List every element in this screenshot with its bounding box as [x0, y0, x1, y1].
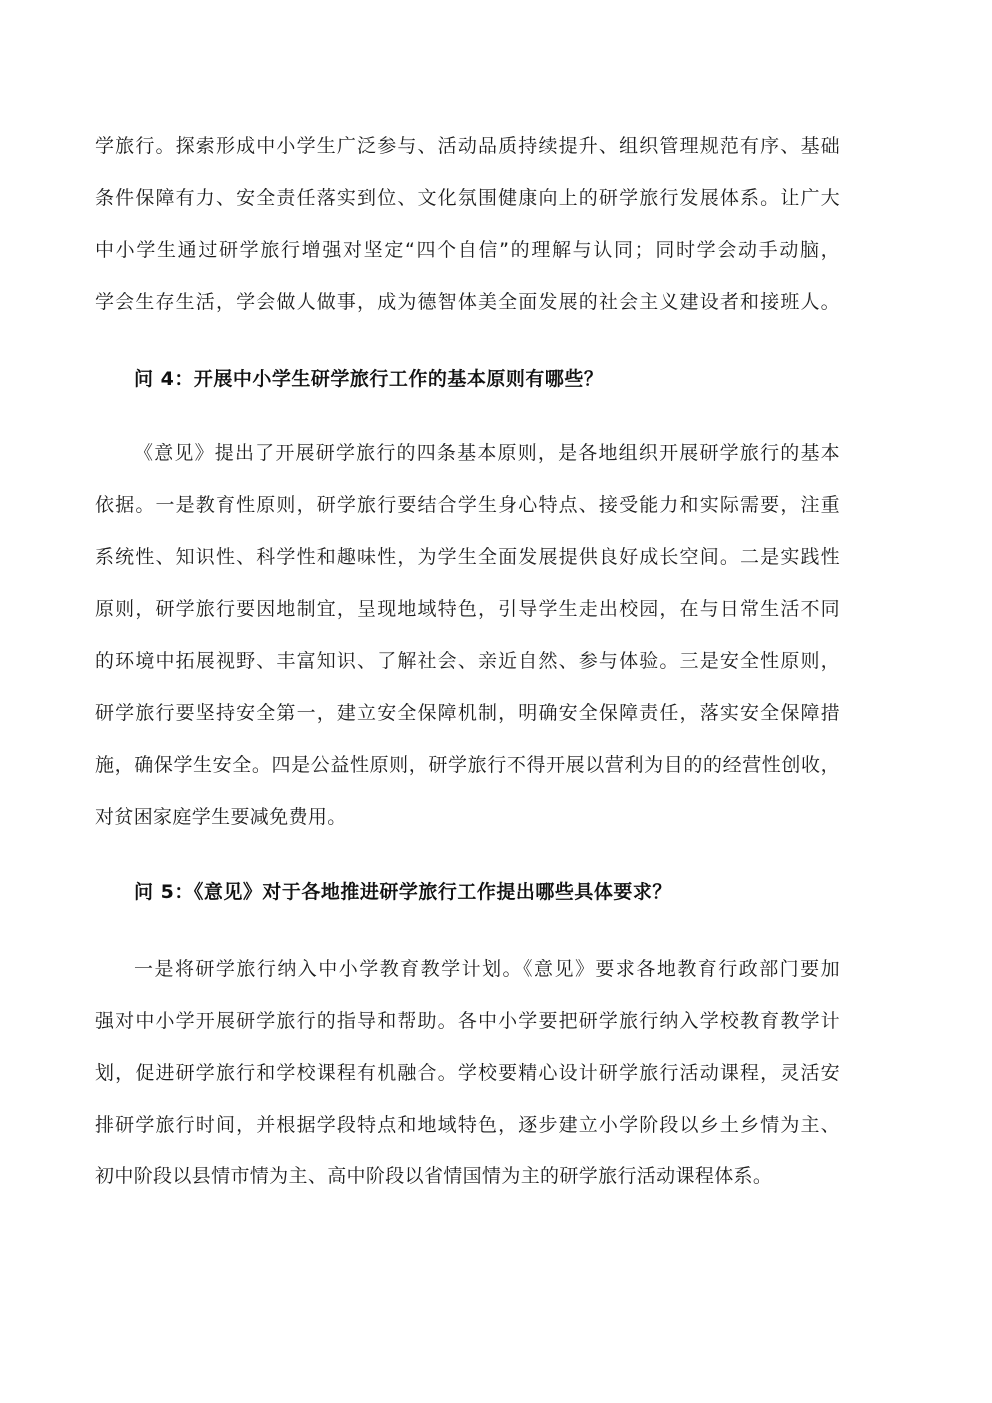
paragraph-line: 强对中小学开展研学旅行的指导和帮助。各中小学要把研学旅行纳入学校教育教学计	[95, 1006, 840, 1036]
document-page: 学旅行。探索形成中小学生广泛参与、活动品质持续提升、组织管理规范有序、基础 条件…	[0, 0, 992, 1403]
paragraph-line: 条件保障有力、安全责任落实到位、文化氛围健康向上的研学旅行发展体系。让广大	[95, 183, 840, 213]
paragraph-line: 中小学生通过研学旅行增强对坚定“四个自信”的理解与认同；同时学会动手动脑，	[95, 235, 840, 265]
section-heading-q5: 问 5：《意见》对于各地推进研学旅行工作提出哪些具体要求？	[134, 877, 672, 907]
paragraph-line: 对贫困家庭学生要减免费用。	[95, 802, 840, 832]
section-heading-q4: 问 4：开展中小学生研学旅行工作的基本原则有哪些？	[134, 364, 603, 394]
paragraph-line: 系统性、知识性、科学性和趣味性，为学生全面发展提供良好成长空间。二是实践性	[95, 542, 840, 572]
paragraph-line: 的环境中拓展视野、丰富知识、了解社会、亲近自然、参与体验。三是安全性原则，	[95, 646, 840, 676]
paragraph-line: 《意见》提出了开展研学旅行的四条基本原则，是各地组织开展研学旅行的基本	[134, 438, 840, 468]
paragraph-line: 依据。一是教育性原则，研学旅行要结合学生身心特点、接受能力和实际需要，注重	[95, 490, 840, 520]
paragraph-line: 排研学旅行时间，并根据学段特点和地域特色，逐步建立小学阶段以乡土乡情为主、	[95, 1110, 840, 1140]
paragraph-line: 施，确保学生安全。四是公益性原则，研学旅行不得开展以营利为目的的经营性创收，	[95, 750, 840, 780]
paragraph-line: 初中阶段以县情市情为主、高中阶段以省情国情为主的研学旅行活动课程体系。	[95, 1161, 840, 1191]
paragraph-line: 学会生存生活，学会做人做事，成为德智体美全面发展的社会主义建设者和接班人。	[95, 287, 840, 317]
paragraph-line: 一是将研学旅行纳入中小学教育教学计划。《意见》要求各地教育行政部门要加	[134, 954, 840, 984]
paragraph-line: 原则，研学旅行要因地制宜，呈现地域特色，引导学生走出校园，在与日常生活不同	[95, 594, 840, 624]
paragraph-line: 研学旅行要坚持安全第一，建立安全保障机制，明确安全保障责任，落实安全保障措	[95, 698, 840, 728]
paragraph-line: 划，促进研学旅行和学校课程有机融合。学校要精心设计研学旅行活动课程，灵活安	[95, 1058, 840, 1088]
paragraph-line: 学旅行。探索形成中小学生广泛参与、活动品质持续提升、组织管理规范有序、基础	[95, 131, 840, 161]
